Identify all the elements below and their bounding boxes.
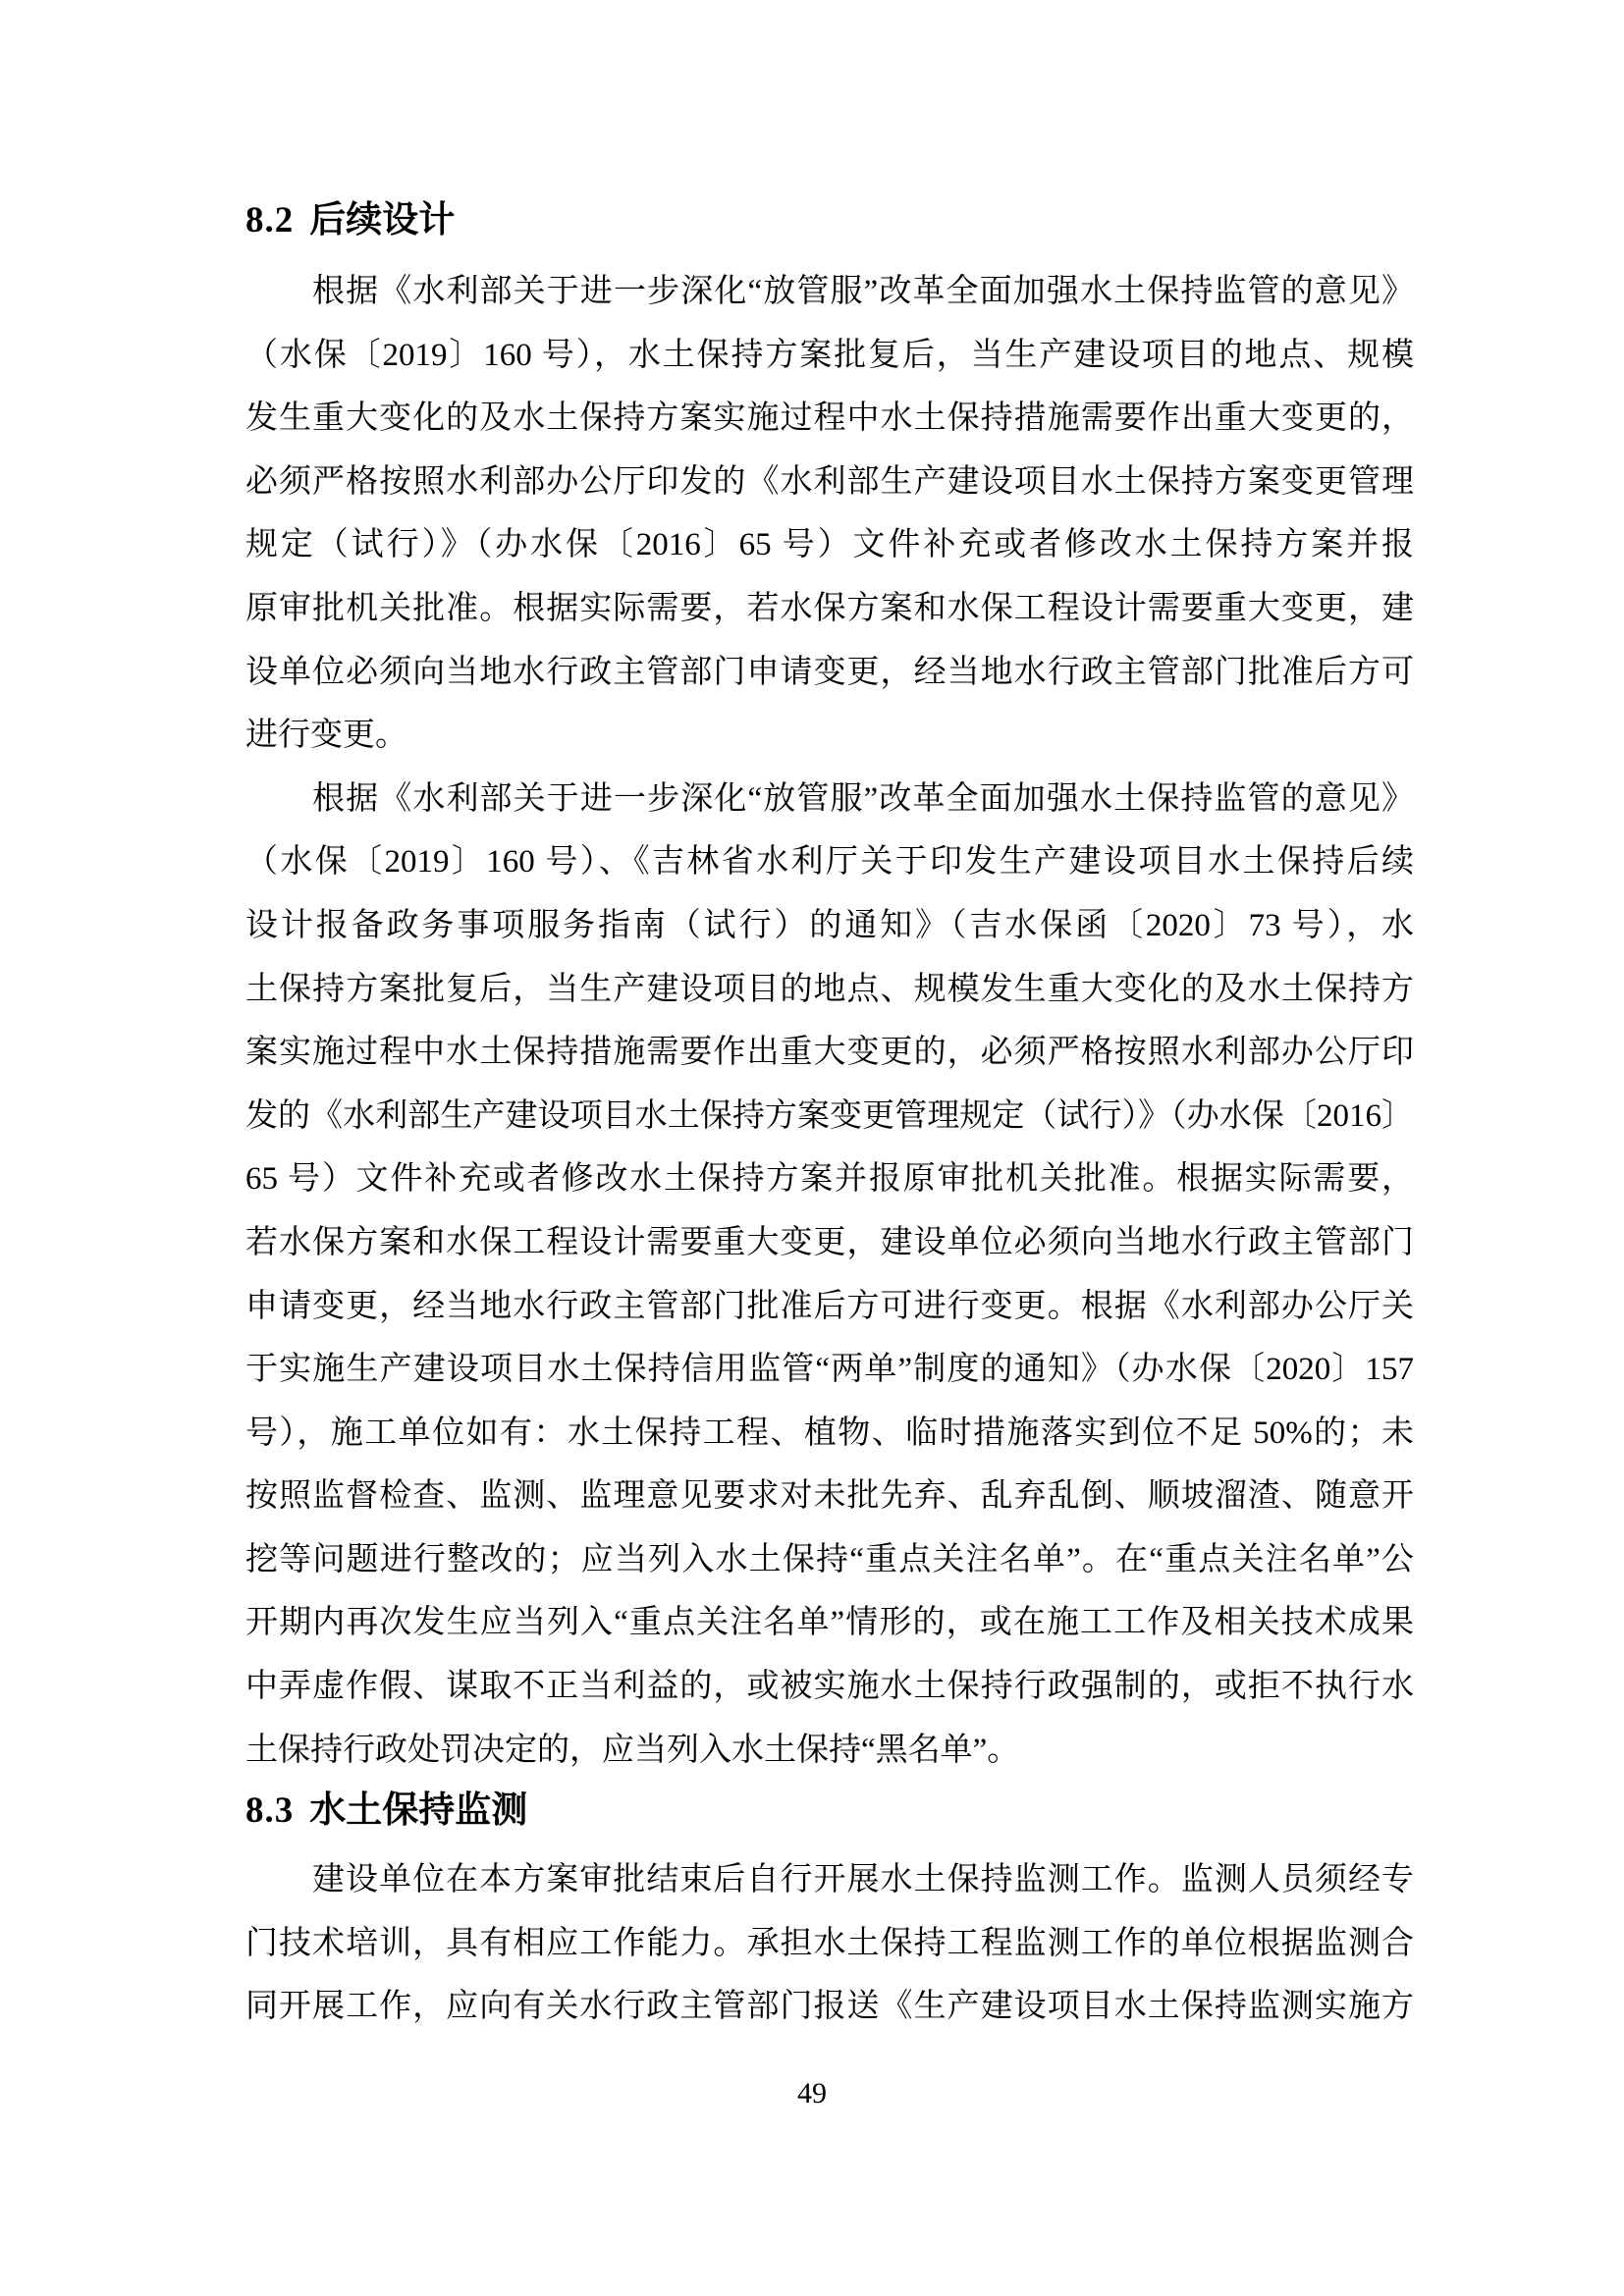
text-line: 土保持行政处罚决定的，应当列入水土保持“黑名单”。: [245, 1719, 1414, 1783]
heading-title: 水土保持监测: [309, 1790, 527, 1831]
heading-title: 后续设计: [309, 200, 455, 240]
text-line: 设计报备政务事项服务指南（试行）的通知》（吉水保函〔2020〕73 号），水: [245, 894, 1414, 958]
text-line: 开期内再次发生应当列入“重点关注名单”情形的，或在施工工作及相关技术成果: [245, 1591, 1414, 1655]
text-line: 设单位必须向当地水行政主管部门申请变更，经当地水行政主管部门批准后方可: [245, 641, 1414, 705]
text-line: 同开展工作，应向有关水行政主管部门报送《生产建设项目水土保持监测实施方: [245, 1975, 1414, 2039]
text-line: 土保持方案批复后，当生产建设项目的地点、规模发生重大变化的及水土保持方: [245, 958, 1414, 1022]
text-line: 根据《水利部关于进一步深化“放管服”改革全面加强水土保持监管的意见》: [245, 260, 1414, 324]
text-line: 发生重大变化的及水土保持方案实施过程中水土保持措施需要作出重大变更的，: [245, 387, 1414, 451]
text-line: 65 号）文件补充或者修改水土保持方案并报原审批机关批准。根据实际需要，: [245, 1148, 1414, 1211]
document-page: 8.2后续设计 根据《水利部关于进一步深化“放管服”改革全面加强水土保持监管的意…: [245, 0, 1414, 2039]
text-line: 根据《水利部关于进一步深化“放管服”改革全面加强水土保持监管的意见》: [245, 768, 1414, 831]
text-line: 原审批机关批准。根据实际需要，若水保方案和水保工程设计需要重大变更，建: [245, 577, 1414, 641]
paragraph: 根据《水利部关于进一步深化“放管服”改革全面加强水土保持监管的意见》 （水保〔2…: [245, 768, 1414, 1783]
text-line: 门技术培训，具有相应工作能力。承担水土保持工程监测工作的单位根据监测合: [245, 1912, 1414, 1976]
text-line: 按照监督检查、监测、监理意见要求对未批先弃、乱弃乱倒、顺坡溜渣、随意开: [245, 1465, 1414, 1528]
text-line: （水保〔2019〕160 号）、《吉林省水利厅关于印发生产建设项目水土保持后续: [245, 830, 1414, 894]
page-number: 49: [0, 2075, 1624, 2112]
text-line: 规定（试行）》（办水保〔2016〕65 号）文件补充或者修改水土保持方案并报: [245, 513, 1414, 577]
text-line: 案实施过程中水土保持措施需要作出重大变更的，必须严格按照水利部办公厅印: [245, 1021, 1414, 1085]
text-line: 进行变更。: [245, 704, 1414, 768]
section-heading-8-2: 8.2后续设计: [245, 199, 1414, 242]
text-line: 若水保方案和水保工程设计需要重大变更，建设单位必须向当地水行政主管部门: [245, 1211, 1414, 1275]
heading-number: 8.3: [245, 1790, 294, 1831]
text-line: 挖等问题进行整改的；应当列入水土保持“重点关注名单”。在“重点关注名单”公: [245, 1528, 1414, 1592]
paragraph: 根据《水利部关于进一步深化“放管服”改革全面加强水土保持监管的意见》 （水保〔2…: [245, 260, 1414, 768]
text-line: 发的《水利部生产建设项目水土保持方案变更管理规定（试行）》（办水保〔2016〕: [245, 1085, 1414, 1148]
text-line: 建设单位在本方案审批结束后自行开展水土保持监测工作。监测人员须经专: [245, 1848, 1414, 1912]
text-line: （水保〔2019〕160 号），水土保持方案批复后，当生产建设项目的地点、规模: [245, 324, 1414, 388]
text-line: 必须严格按照水利部办公厅印发的《水利部生产建设项目水土保持方案变更管理: [245, 451, 1414, 514]
text-line: 中弄虚作假、谋取不正当利益的，或被实施水土保持行政强制的，或拒不执行水: [245, 1655, 1414, 1719]
heading-number: 8.2: [245, 200, 294, 240]
text-line: 于实施生产建设项目水土保持信用监管“两单”制度的通知》（办水保〔2020〕157: [245, 1338, 1414, 1402]
paragraph: 建设单位在本方案审批结束后自行开展水土保持监测工作。监测人员须经专 门技术培训，…: [245, 1848, 1414, 2039]
text-line: 号），施工单位如有：水土保持工程、植物、临时措施落实到位不足 50%的；未: [245, 1402, 1414, 1466]
section-heading-8-3: 8.3水土保持监测: [245, 1789, 1414, 1833]
text-line: 申请变更，经当地水行政主管部门批准后方可进行变更。根据《水利部办公厅关: [245, 1275, 1414, 1339]
